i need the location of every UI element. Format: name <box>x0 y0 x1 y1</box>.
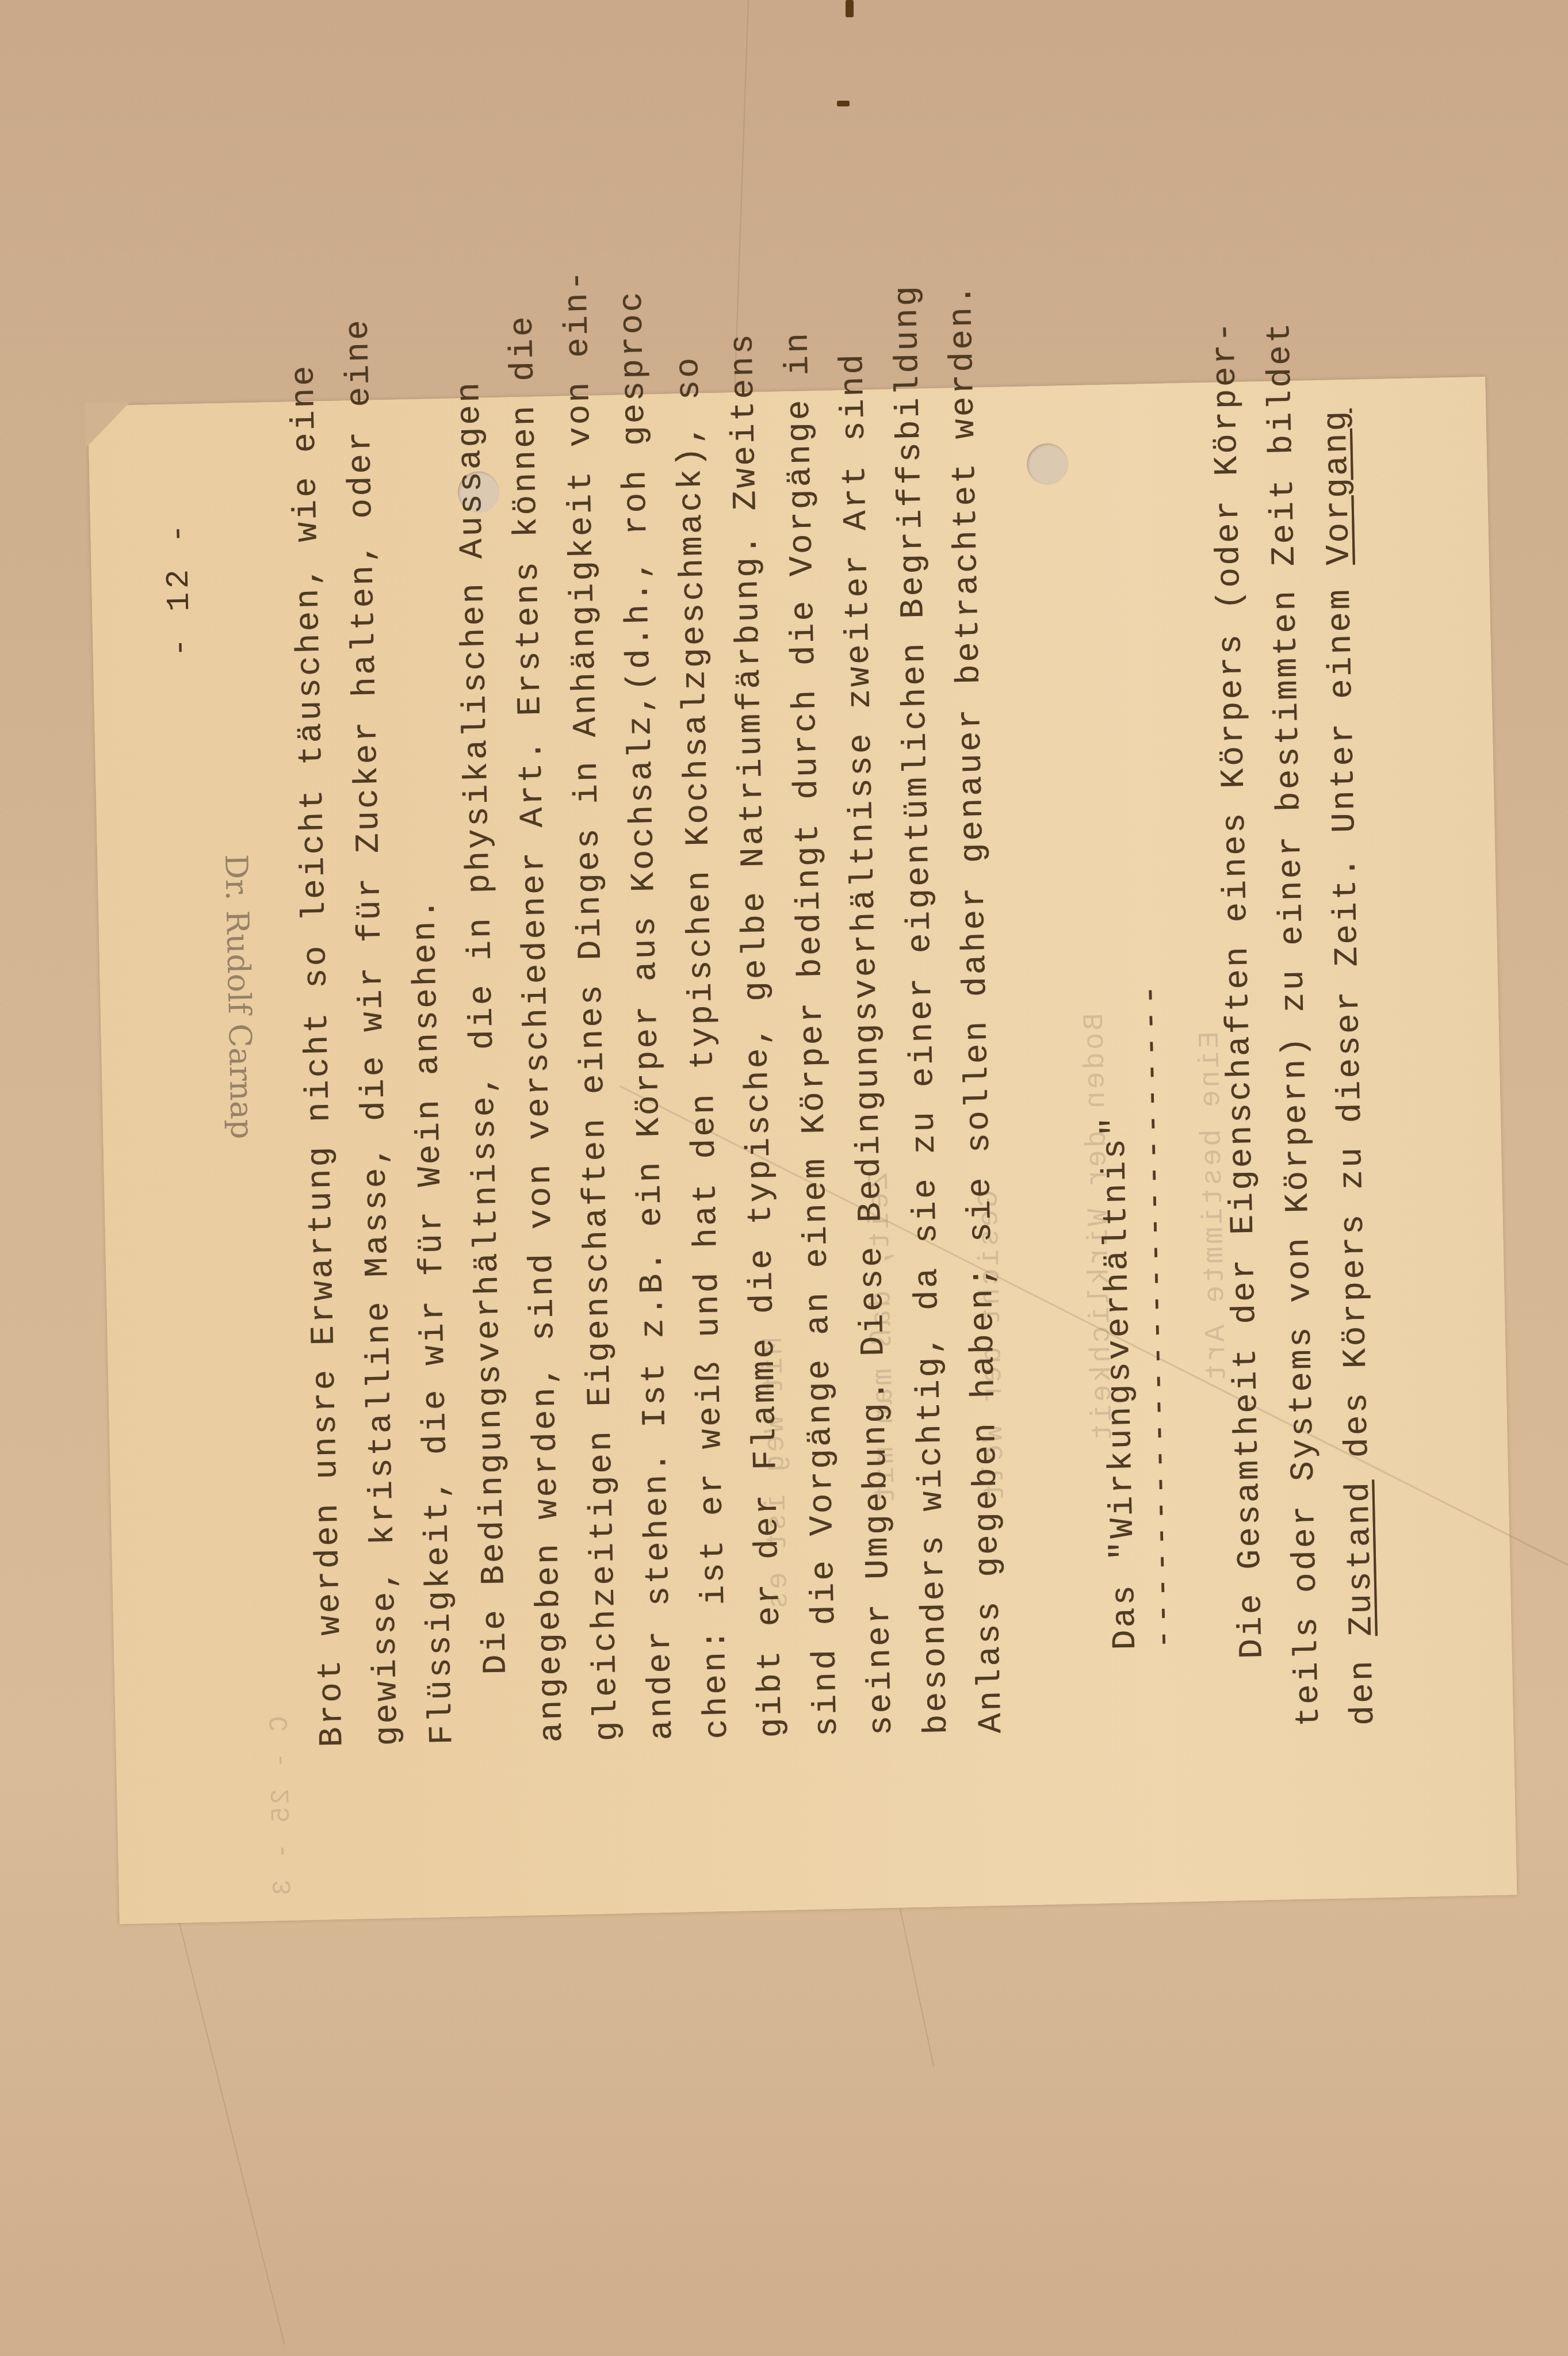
text-lines: Brot werden unsre Erwartung nicht so lei… <box>278 402 1391 1747</box>
typewritten-page: - 12 - Dr. Rudolf Carnap Mit Weg ist es … <box>88 377 1517 1924</box>
margin-note: C - 25 - 3 <box>265 1716 299 1898</box>
document-body: - 12 - Dr. Rudolf Carnap Mit Weg ist es … <box>88 377 1517 1924</box>
author-stamp: Dr. Rudolf Carnap <box>218 854 260 1140</box>
ink-speck <box>837 101 850 106</box>
underlined-term: Vorgang <box>1318 408 1359 565</box>
background-scratch <box>173 1898 285 2345</box>
ink-speck <box>846 0 854 17</box>
underlined-term: Zustand <box>1340 1479 1381 1636</box>
background-scratch <box>897 1898 934 2067</box>
page-number: - 12 - <box>159 520 199 657</box>
